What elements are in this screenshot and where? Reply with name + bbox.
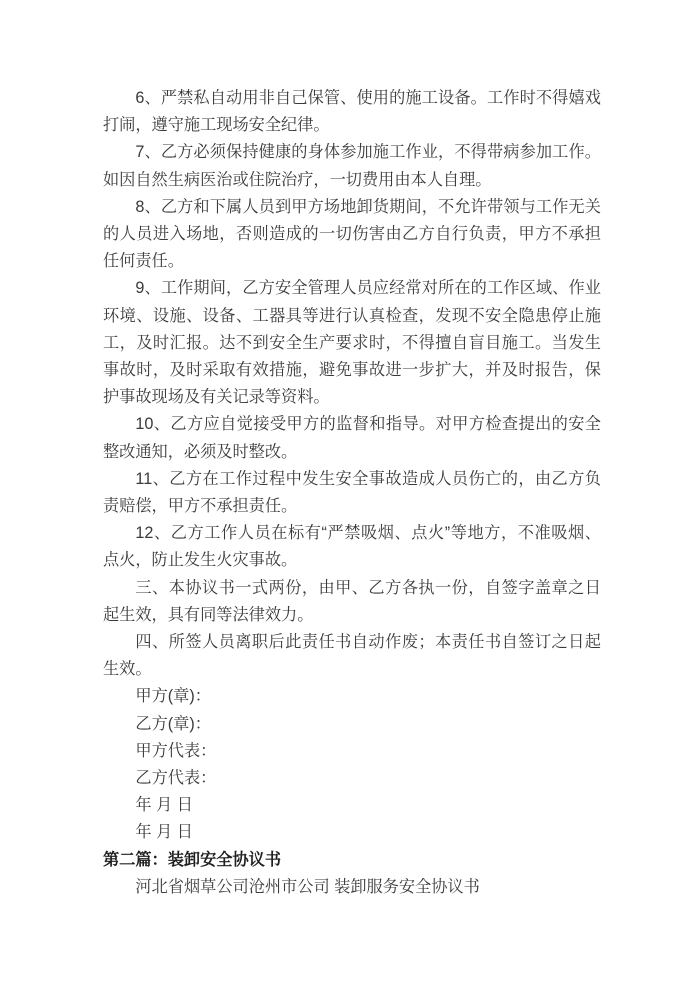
clause-four: 四、所签人员离职后此责任书自动作废；本责任书自签订之日起生效。	[103, 629, 601, 683]
section-2-heading: 第二篇：装卸安全协议书	[103, 847, 601, 874]
party-a-rep-line: 甲方代表：	[103, 738, 601, 765]
date-line-2: 年 月 日	[103, 819, 601, 846]
party-b-seal-line: 乙方(章)：	[103, 711, 601, 738]
clause-three: 三、本协议书一式两份，由甲、乙方各执一份，自签字盖章之日起生效，具有同等法律效力…	[103, 575, 601, 629]
party-b-rep-line: 乙方代表：	[103, 765, 601, 792]
clause-8: 8、乙方和下属人员到甲方场地卸货期间，不允许带领与工作无关的人员进入场地，否则造…	[103, 194, 601, 276]
date-line-1: 年 月 日	[103, 792, 601, 819]
clause-10: 10、乙方应自觉接受甲方的监督和指导。对甲方检查提出的安全整改通知，必须及时整改…	[103, 411, 601, 465]
clause-6: 6、严禁私自动用非自己保管、使用的施工设备。工作时不得嬉戏打闹，遵守施工现场安全…	[103, 85, 601, 139]
clause-12: 12、乙方工作人员在标有“严禁吸烟、点火”等地方，不准吸烟、点火，防止发生火灾事…	[103, 520, 601, 574]
party-a-seal-line: 甲方(章)：	[103, 683, 601, 710]
document-page: 6、严禁私自动用非自己保管、使用的施工设备。工作时不得嬉戏打闹，遵守施工现场安全…	[0, 0, 700, 990]
section-2-subtitle: 河北省烟草公司沧州市公司 装卸服务安全协议书	[103, 874, 601, 901]
clause-11: 11、乙方在工作过程中发生安全事故造成人员伤亡的，由乙方负责赔偿，甲方不承担责任…	[103, 466, 601, 520]
clause-7: 7、乙方必须保持健康的身体参加施工作业，不得带病参加工作。如因自然生病医治或住院…	[103, 139, 601, 193]
clause-9: 9、工作期间，乙方安全管理人员应经常对所在的工作区域、作业环境、设施、设备、工器…	[103, 275, 601, 411]
